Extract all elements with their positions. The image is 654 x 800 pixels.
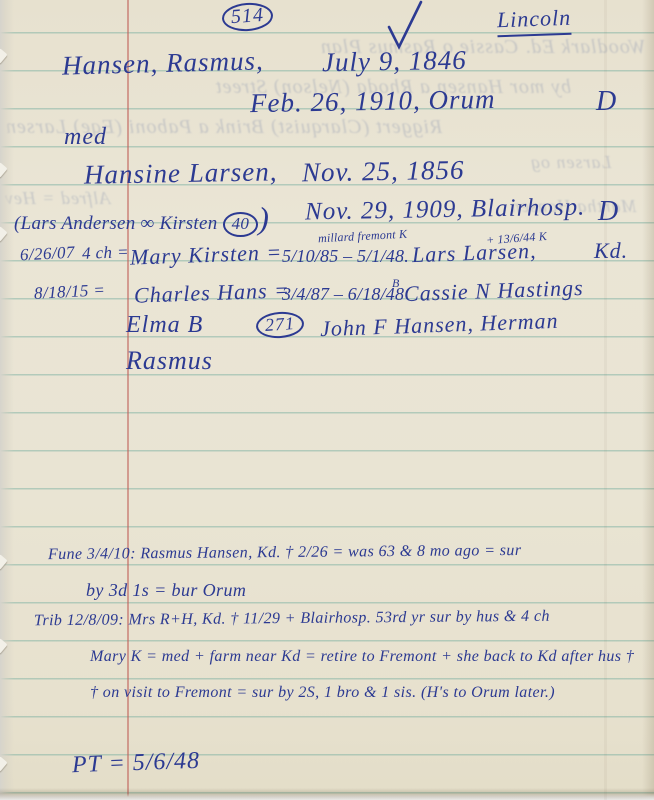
child3-ref: 271	[255, 310, 305, 339]
heading-place: Lincoln	[496, 5, 571, 38]
spouse-parents-ref: 40	[223, 212, 259, 237]
child4-name: Rasmus	[126, 346, 213, 376]
child1-dates: 5/10/85 – 5/1/48.	[282, 246, 409, 267]
paper-crease	[604, 0, 607, 800]
ledger-page: Woodlark Ed. Cassie o Rasmus Plan by mor…	[0, 0, 654, 800]
page-ref-circled: 514	[221, 1, 274, 32]
spouse-death-date: Nov. 29, 1909, Blairhosp.	[305, 194, 586, 227]
spouse-death-mark: D	[598, 196, 619, 228]
child1-count-note: 4 ch =	[82, 242, 130, 264]
spouse-parents: (Lars Andersen ∞ Kirsten 40)	[14, 200, 269, 237]
entry-birth-date: July 9, 1846	[322, 45, 467, 79]
spouse-parents-text: (Lars Andersen ∞ Kirsten	[14, 213, 218, 234]
entry-name: Hansen, Rasmus,	[62, 45, 264, 81]
married-label: med	[64, 124, 107, 151]
child3-name: Elma B	[126, 312, 203, 339]
spouse-birth-date: Nov. 25, 1856	[302, 155, 465, 189]
checkmark-icon	[383, 0, 425, 52]
child1-spouse: Lars Larsen,	[412, 238, 537, 268]
child1-name: Mary Kirsten =	[130, 239, 283, 270]
note-mary-k-2: † on visit to Fremont = sur by 2S, 1 bro…	[90, 684, 555, 702]
spouse-parents-close-paren: )	[258, 200, 269, 236]
note-funeral-2: by 3d 1s = bur Orum	[86, 580, 246, 601]
child3-ref-number: 271	[255, 310, 305, 339]
child2-dates: 3/4/87 – 6/18/48	[282, 284, 404, 305]
page-ref-number: 514	[221, 1, 274, 32]
footer-note: PT = 5/6/48	[72, 748, 201, 779]
left-paper-edge	[0, 0, 14, 800]
right-paper-edge	[642, 0, 654, 800]
child1-place: Kd.	[594, 238, 628, 264]
child2-name: Charles Hans =	[134, 277, 291, 308]
note-mary-k: Mary K = med + farm near Kd = retire to …	[90, 648, 634, 666]
child2-marriage-date: 8/18/15 =	[34, 280, 106, 304]
bleed-through-line: Larsen og	[530, 152, 612, 173]
child1-marriage-date: 6/26/07	[20, 243, 76, 266]
child2-place-note: B	[392, 276, 400, 291]
bottom-paper-edge	[0, 788, 654, 800]
spouse-name: Hansine Larsen,	[84, 156, 278, 190]
entry-death-date: Feb. 26, 1910, Orum	[250, 84, 496, 119]
